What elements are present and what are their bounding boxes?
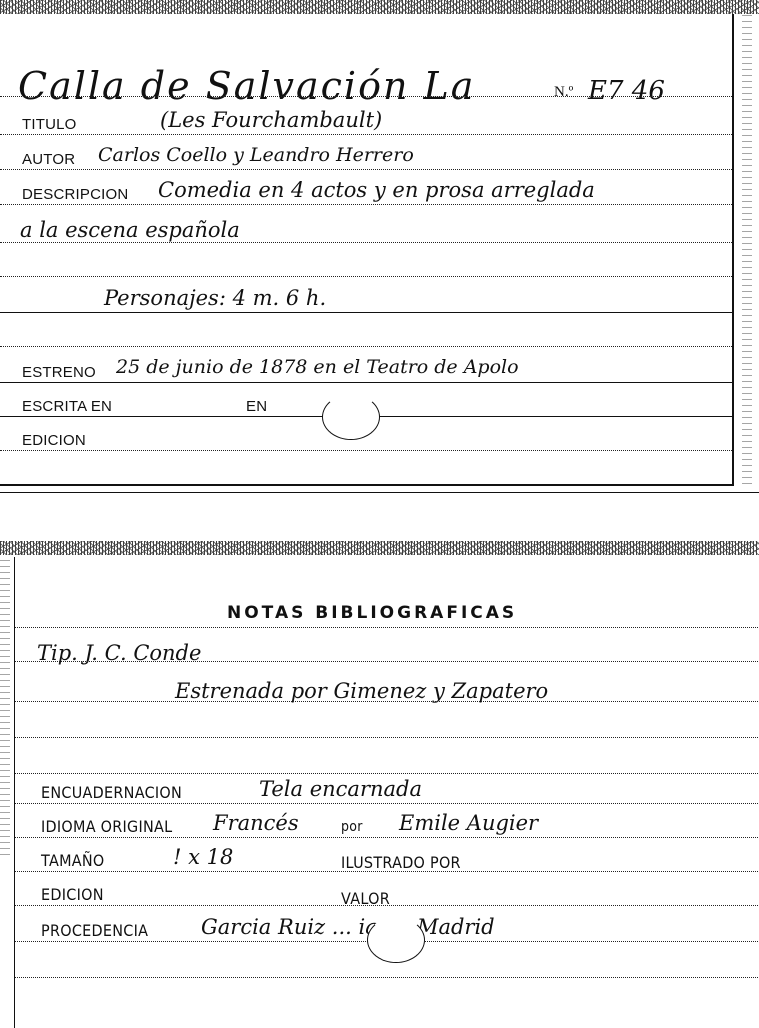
idioma-value: Francés: [213, 811, 299, 835]
procedencia-label: PROCEDENCIA: [41, 921, 148, 940]
rule: [15, 661, 759, 662]
scan-edge-right: [742, 14, 752, 484]
idioma-label: IDIOMA ORIGINAL: [41, 817, 172, 836]
ilustrado-label: ILUSTRADO POR: [341, 853, 461, 872]
por-label: por: [341, 819, 363, 835]
catalog-card-front: Calla de Salvación La N.º E7 46 TITULO (…: [0, 14, 734, 486]
punch-hole: [322, 394, 380, 440]
rule: [15, 803, 759, 804]
encuadernacion-label: ENCUADERNACION: [41, 783, 182, 802]
rule: [15, 837, 759, 838]
rule: [15, 977, 759, 978]
estreno-value: 25 de junio de 1878 en el Teatro de Apol…: [116, 356, 519, 378]
en-label: EN: [246, 398, 267, 415]
rule: [0, 276, 732, 277]
rule: [0, 346, 732, 347]
rule: [0, 204, 732, 205]
descripcion-value: Comedia en 4 actos y en prosa arreglada: [158, 178, 595, 202]
rule: [0, 134, 732, 135]
rule: [15, 905, 759, 906]
rule: [0, 382, 732, 383]
titulo-value: (Les Fourchambault): [160, 108, 382, 132]
rule: [0, 96, 732, 97]
scan-edge-top: [0, 0, 759, 14]
rule: [0, 450, 732, 451]
edicion-label: EDICION: [22, 432, 86, 449]
catalog-card-back: NOTAS BIBLIOGRAFICAS Tip. J. C. Conde Es…: [14, 557, 759, 1028]
punch-hole: [367, 917, 425, 963]
escrita-en-label: ESCRITA EN: [22, 398, 112, 415]
scan-edge-middle: [0, 541, 759, 555]
descripcion-label: DESCRIPCION: [22, 186, 128, 203]
edicion-label-2: EDICION: [41, 885, 104, 904]
rule: [15, 627, 759, 628]
work-title: Calla de Salvación La: [18, 64, 475, 108]
number-value: E7 46: [588, 76, 665, 106]
notas-heading: NOTAS BIBLIOGRAFICAS: [227, 603, 517, 623]
tamano-label: TAMAÑO: [41, 851, 105, 870]
rule: [0, 312, 732, 313]
rule: [0, 169, 732, 170]
idioma-author: Emile Augier: [399, 811, 538, 835]
rule: [15, 773, 759, 774]
descripcion-value-line2: a la escena española: [20, 218, 240, 242]
rule: [15, 737, 759, 738]
number-label: N.º: [554, 84, 573, 101]
rule: [15, 701, 759, 702]
tamano-value: ! x 18: [173, 845, 233, 869]
note-2: Estrenada por Gimenez y Zapatero: [175, 679, 548, 703]
titulo-label: TITULO: [22, 116, 77, 133]
rule: [0, 242, 732, 243]
encuadernacion-value: Tela encarnada: [259, 777, 422, 801]
procedencia-value: Garcia Ruiz ... ia de Madrid: [201, 915, 495, 939]
separator: [0, 492, 759, 493]
autor-label: AUTOR: [22, 151, 75, 168]
rule: [15, 871, 759, 872]
personajes-value: Personajes: 4 m. 6 h.: [104, 286, 326, 310]
scan-edge-left: [0, 555, 10, 855]
autor-value: Carlos Coello y Leandro Herrero: [98, 144, 414, 166]
estreno-label: ESTRENO: [22, 364, 96, 381]
